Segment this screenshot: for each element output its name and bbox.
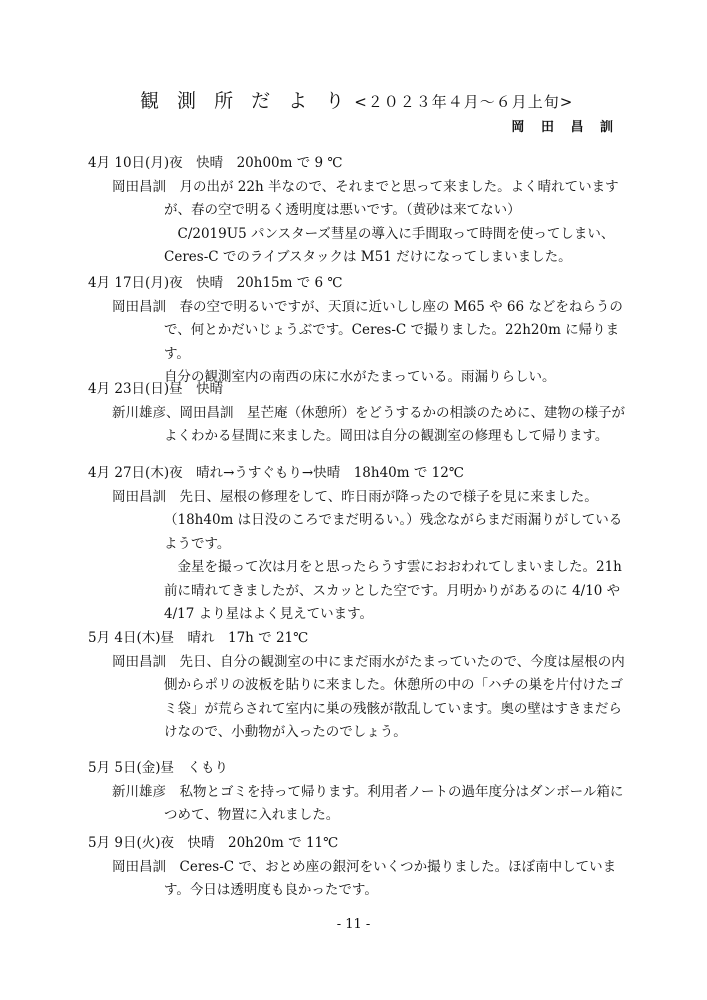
title-main: 観 測 所 だ よ り	[140, 90, 350, 112]
entry-author: 岡田昌訓	[112, 486, 166, 510]
entry-author: 岡田昌訓	[112, 856, 166, 880]
log-entry: 5月 9日(火)夜 快晴 20h20m で 11℃ 岡田昌訓 Ceres-C で…	[88, 832, 628, 903]
entry-heading: 5月 4日(木)昼 晴れ 17h で 21℃	[88, 627, 628, 651]
log-entry: 4月 10日(月)夜 快晴 20h00m で 9 ℃ 岡田昌訓 月の出が 22h…	[88, 152, 628, 270]
entry-body: 新川雄彦 私物とゴミを持って帰ります。利用者ノートの過年度分はダンボール箱につめ…	[88, 781, 628, 828]
entry-heading: 5月 9日(火)夜 快晴 20h20m で 11℃	[88, 832, 628, 856]
log-entry: 5月 5日(金)昼 くもり 新川雄彦 私物とゴミを持って帰ります。利用者ノートの…	[88, 757, 628, 828]
log-entry: 4月 23日(日)昼 快晴 新川雄彦、岡田昌訓 星芒庵（休憩所）をどうするかの相…	[88, 378, 628, 449]
entry-author: 岡田昌訓	[112, 296, 166, 320]
entry-paragraph: 先日、自分の観測室の中にまだ雨水がたまっていたので、今度は屋根の内側からポリの波…	[88, 651, 628, 745]
entry-body: 新川雄彦、岡田昌訓 星芒庵（休憩所）をどうするかの相談のために、建物の様子がよく…	[88, 402, 628, 449]
author-name: 岡 田 昌 訓	[511, 116, 619, 135]
entry-body: 岡田昌訓 先日、自分の観測室の中にまだ雨水がたまっていたので、今度は屋根の内側か…	[88, 651, 628, 745]
log-entry: 4月 17日(月)夜 快晴 20h15m で 6 ℃ 岡田昌訓 春の空で明るいで…	[88, 272, 628, 390]
log-entry: 5月 4日(木)昼 晴れ 17h で 21℃ 岡田昌訓 先日、自分の観測室の中に…	[88, 627, 628, 745]
title-period: <２０２３年４月～６月上旬>	[354, 93, 573, 111]
log-entry: 4月 27日(木)夜 晴れ→うすぐもり→快晴 18h40m で 12℃ 岡田昌訓…	[88, 462, 628, 627]
entry-heading: 4月 27日(木)夜 晴れ→うすぐもり→快晴 18h40m で 12℃	[88, 462, 628, 486]
entry-paragraph: C/2019U5 パンスターズ彗星の導入に手間取って時間を使ってしまい、Cere…	[88, 223, 628, 270]
entry-paragraph: 私物とゴミを持って帰ります。利用者ノートの過年度分はダンボール箱につめて、物置に…	[88, 781, 628, 828]
entry-body: 岡田昌訓 月の出が 22h 半なので、それまでと思って来ました。よく晴れています…	[88, 176, 628, 270]
entry-paragraph: 先日、屋根の修理をして、昨日雨が降ったので様子を見に来ました。（18h40m は…	[88, 486, 628, 557]
entry-heading: 4月 10日(月)夜 快晴 20h00m で 9 ℃	[88, 152, 628, 176]
entry-heading: 4月 23日(日)昼 快晴	[88, 378, 628, 402]
entry-paragraph: 金星を撮って次は月をと思ったらうす雲におおわれてしまいました。21h 前に晴れて…	[88, 556, 628, 627]
entry-author: 岡田昌訓	[112, 651, 166, 675]
page-number: - 11 -	[0, 917, 707, 932]
entry-paragraph: 春の空で明るいですが、天頂に近いしし座の M65 や 66 などをねらうので、何…	[88, 296, 628, 367]
entry-paragraph: 月の出が 22h 半なので、それまでと思って来ました。よく晴れていますが、春の空…	[88, 176, 628, 223]
entry-author: 新川雄彦	[112, 781, 166, 805]
entry-body: 岡田昌訓 Ceres-C で、おとめ座の銀河をいくつか撮りました。ほぼ南中してい…	[88, 856, 628, 903]
entry-body: 岡田昌訓 先日、屋根の修理をして、昨日雨が降ったので様子を見に来ました。（18h…	[88, 486, 628, 627]
entry-paragraph: Ceres-C で、おとめ座の銀河をいくつか撮りました。ほぼ南中しています。今日…	[88, 856, 628, 903]
entry-body: 岡田昌訓 春の空で明るいですが、天頂に近いしし座の M65 や 66 などをねら…	[88, 296, 628, 390]
entry-heading: 5月 5日(金)昼 くもり	[88, 757, 628, 781]
entry-author: 新川雄彦、岡田昌訓	[112, 402, 234, 426]
entry-heading: 4月 17日(月)夜 快晴 20h15m で 6 ℃	[88, 272, 628, 296]
page-title: 観 測 所 だ よ り<２０２３年４月～６月上旬>	[140, 86, 573, 113]
entry-author: 岡田昌訓	[112, 176, 166, 200]
